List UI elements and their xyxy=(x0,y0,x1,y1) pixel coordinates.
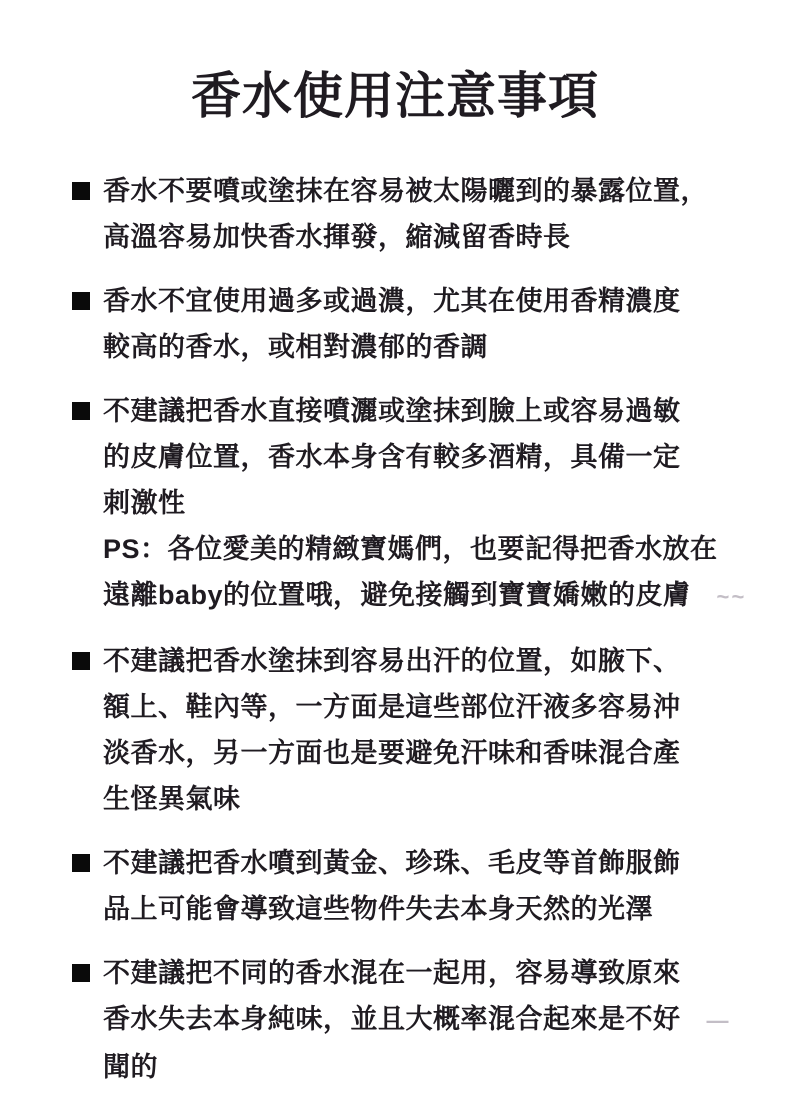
note-text: 不建議把不同的香水混在一起用，容易導致原來 香水失去本身純味，並且大概率混合起來… xyxy=(103,950,727,1090)
note-line: 遠離baby的位置哦，避免接觸到寶寶嬌嫩的皮膚~ ~ xyxy=(103,572,742,620)
note-line-text: 香水失去本身純味，並且大概率混合起來是不好 xyxy=(103,1004,681,1034)
note-line: 的皮膚位置，香水本身含有較多酒精，具備一定 xyxy=(103,434,742,480)
scan-smudge-artifact: — xyxy=(707,1008,727,1033)
note-line: 不建議把不同的香水混在一起用，容易導致原來 xyxy=(103,950,727,996)
note-line: 額上、鞋內等，一方面是這些部位汗液多容易沖 xyxy=(103,684,681,730)
page-title: 香水使用注意事項 xyxy=(0,0,790,128)
bullet-square-icon xyxy=(72,182,90,200)
note-line: 聞的 xyxy=(103,1044,727,1090)
scan-smudge-artifact: ~ ~ xyxy=(717,584,743,609)
bullet-square-icon xyxy=(72,402,90,420)
note-line: 較高的香水，或相對濃郁的香調 xyxy=(103,324,681,370)
note-line: PS：各位愛美的精緻寶媽們，也要記得把香水放在 xyxy=(103,526,742,572)
note-line-text: 遠離baby的位置哦，避免接觸到寶寶嬌嫩的皮膚 xyxy=(103,580,691,610)
note-line: 不建議把香水噴到黃金、珍珠、毛皮等首飾服飾 xyxy=(103,840,681,886)
note-text: 香水不要噴或塗抹在容易被太陽曬到的暴露位置， 高溫容易加快香水揮發，縮減留香時長 xyxy=(103,168,708,260)
list-item: 不建議把香水直接噴灑或塗抹到臉上或容易過敏 的皮膚位置，香水本身含有較多酒精，具… xyxy=(72,388,750,620)
note-text: 不建議把香水直接噴灑或塗抹到臉上或容易過敏 的皮膚位置，香水本身含有較多酒精，具… xyxy=(103,388,742,620)
bullet-square-icon xyxy=(72,854,90,872)
note-line: 不建議把香水直接噴灑或塗抹到臉上或容易過敏 xyxy=(103,388,742,434)
note-line: 品上可能會導致這些物件失去本身天然的光澤 xyxy=(103,886,681,932)
bullet-square-icon xyxy=(72,292,90,310)
note-line: 刺激性 xyxy=(103,480,742,526)
notes-list: 香水不要噴或塗抹在容易被太陽曬到的暴露位置， 高溫容易加快香水揮發，縮減留香時長… xyxy=(0,168,790,1090)
note-line: 淡香水，另一方面也是要避免汗味和香味混合產 xyxy=(103,730,681,776)
note-line: 香水失去本身純味，並且大概率混合起來是不好— xyxy=(103,996,727,1044)
list-item: 不建議把香水噴到黃金、珍珠、毛皮等首飾服飾 品上可能會導致這些物件失去本身天然的… xyxy=(72,840,750,932)
note-line: 香水不要噴或塗抹在容易被太陽曬到的暴露位置， xyxy=(103,168,708,214)
bullet-square-icon xyxy=(72,964,90,982)
note-line: 不建議把香水塗抹到容易出汗的位置，如腋下、 xyxy=(103,638,681,684)
list-item: 香水不要噴或塗抹在容易被太陽曬到的暴露位置， 高溫容易加快香水揮發，縮減留香時長 xyxy=(72,168,750,260)
note-text: 不建議把香水塗抹到容易出汗的位置，如腋下、 額上、鞋內等，一方面是這些部位汗液多… xyxy=(103,638,681,822)
note-line: 生怪異氣味 xyxy=(103,776,681,822)
note-text: 香水不宜使用過多或過濃，尤其在使用香精濃度 較高的香水，或相對濃郁的香調 xyxy=(103,278,681,370)
list-item: 不建議把不同的香水混在一起用，容易導致原來 香水失去本身純味，並且大概率混合起來… xyxy=(72,950,750,1090)
note-line: 高溫容易加快香水揮發，縮減留香時長 xyxy=(103,214,708,260)
list-item: 不建議把香水塗抹到容易出汗的位置，如腋下、 額上、鞋內等，一方面是這些部位汗液多… xyxy=(72,638,750,822)
list-item: 香水不宜使用過多或過濃，尤其在使用香精濃度 較高的香水，或相對濃郁的香調 xyxy=(72,278,750,370)
note-text: 不建議把香水噴到黃金、珍珠、毛皮等首飾服飾 品上可能會導致這些物件失去本身天然的… xyxy=(103,840,681,932)
bullet-square-icon xyxy=(72,652,90,670)
note-line: 香水不宜使用過多或過濃，尤其在使用香精濃度 xyxy=(103,278,681,324)
